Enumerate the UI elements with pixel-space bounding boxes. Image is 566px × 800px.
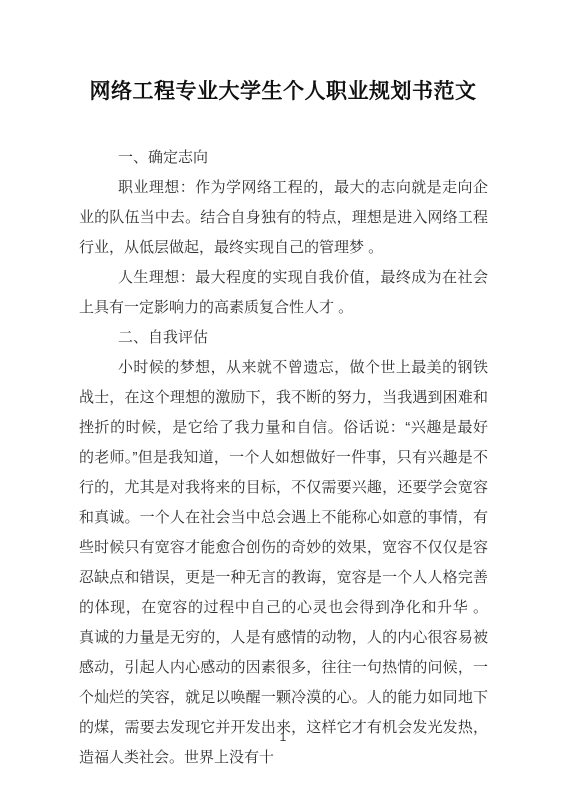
- document-title: 网络工程专业大学生个人职业规划书范文: [0, 0, 566, 105]
- page-number: 1: [0, 730, 566, 744]
- section-heading: 一、确定志向: [79, 143, 488, 173]
- paragraph: 职业理想：作为学网络工程的，最大的志向就是走向企业的队伍当中去。结合自身独有的特…: [79, 173, 488, 263]
- paragraph: 小时候的梦想，从来就不曾遗忘，做个世上最美的钢铁战士，在这个理想的激励下，我不断…: [79, 353, 488, 773]
- section-heading: 二、自我评估: [79, 323, 488, 353]
- document-body: 一、确定志向职业理想：作为学网络工程的，最大的志向就是走向企业的队伍当中去。结合…: [0, 143, 566, 773]
- document-page: 网络工程专业大学生个人职业规划书范文 一、确定志向职业理想：作为学网络工程的，最…: [0, 0, 566, 800]
- paragraph: 人生理想：最大程度的实现自我价值，最终成为在社会上具有一定影响力的高素质复合性人…: [79, 263, 488, 323]
